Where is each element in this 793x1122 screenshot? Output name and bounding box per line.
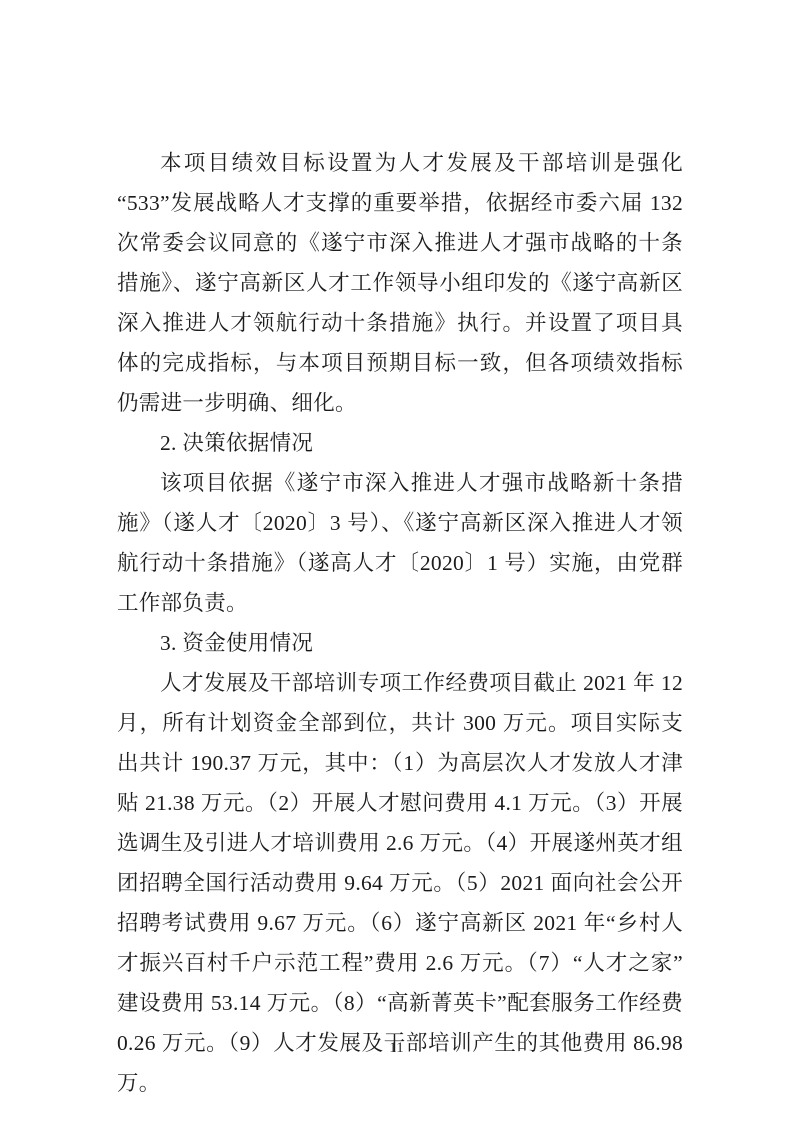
heading-fund-usage: 3. 资金使用情况 xyxy=(117,623,683,663)
paragraph-decision-basis: 该项目依据《遂宁市深入推进人才强市战略新十条措施》（遂人才〔2020〕3 号）、… xyxy=(117,463,683,623)
heading-decision-basis: 2. 决策依据情况 xyxy=(117,423,683,463)
document-page: 本项目绩效目标设置为人才发展及干部培训是强化“533”发展战略人才支撑的重要举措… xyxy=(0,0,793,1122)
paragraph-fund-usage: 人才发展及干部培训专项工作经费项目截止 2021 年 12 月，所有计划资金全部… xyxy=(117,663,683,1103)
paragraph-performance-goals: 本项目绩效目标设置为人才发展及干部培训是强化“533”发展战略人才支撑的重要举措… xyxy=(117,143,683,423)
page-number: 11 xyxy=(389,1040,403,1056)
page-footer: 11 xyxy=(0,1038,793,1058)
document-body: 本项目绩效目标设置为人才发展及干部培训是强化“533”发展战略人才支撑的重要举措… xyxy=(117,143,683,1103)
